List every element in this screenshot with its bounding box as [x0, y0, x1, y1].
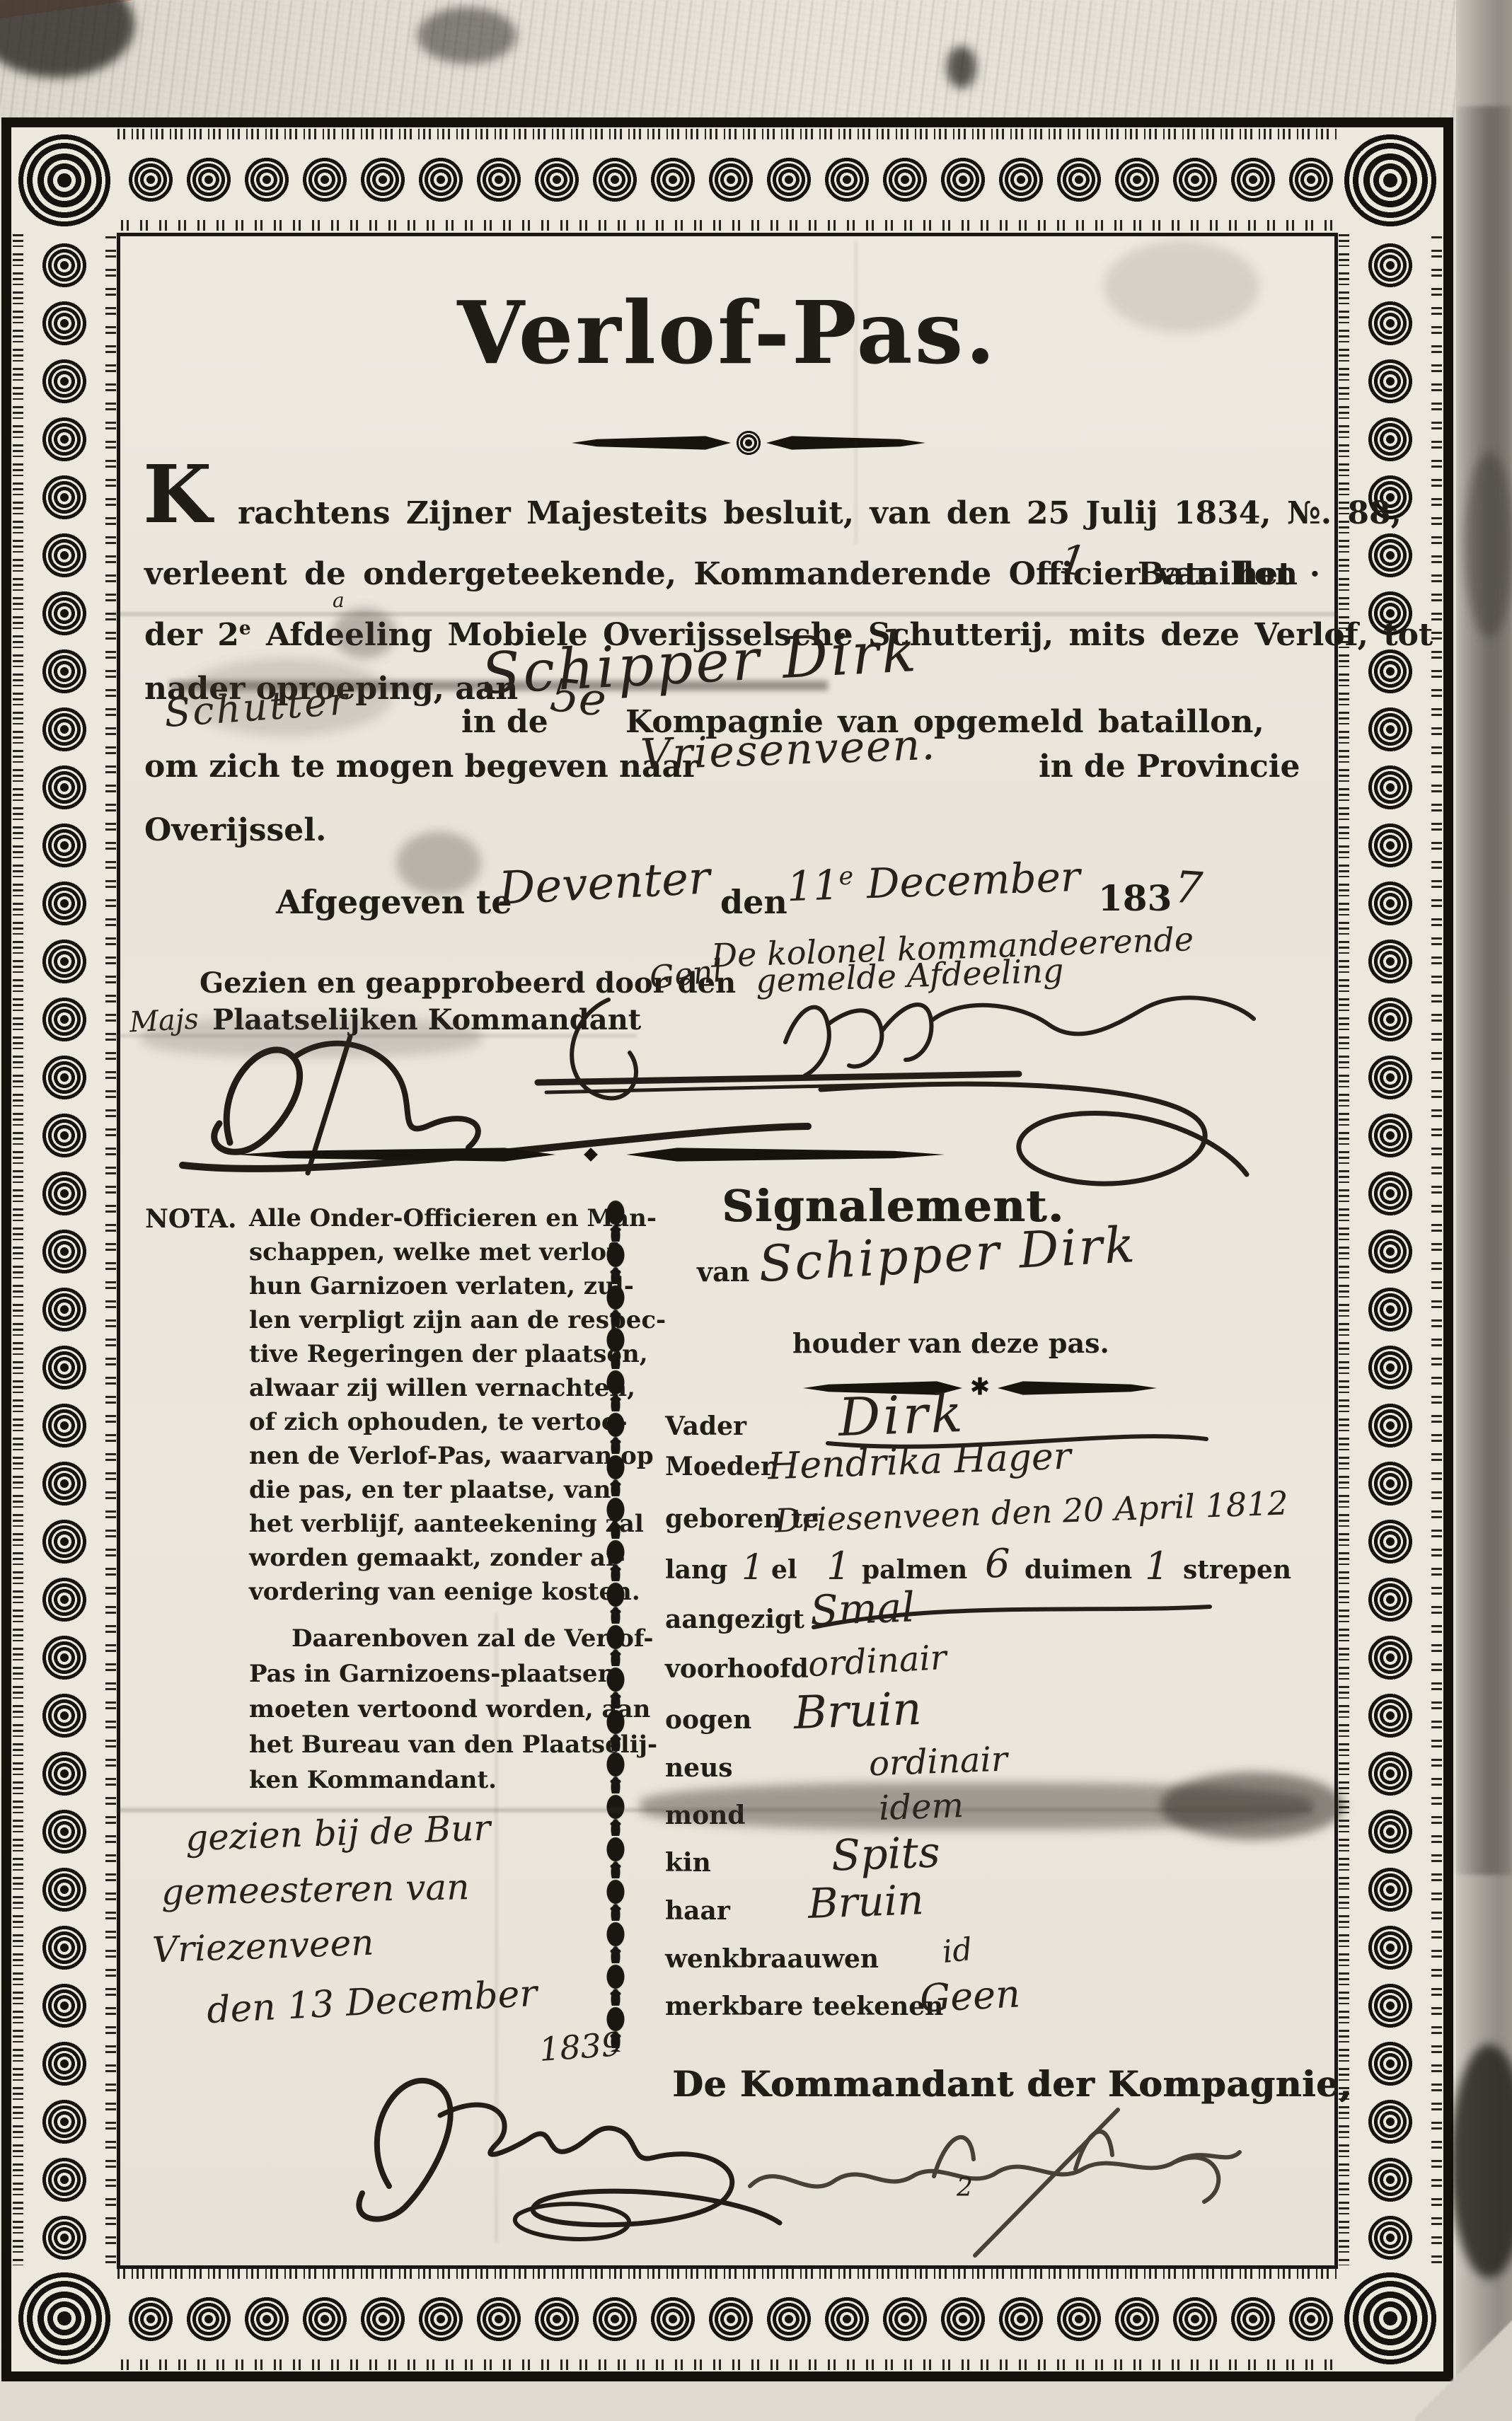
handwritten-year-digit: 7: [1173, 861, 1204, 915]
nota-line: Pas in Garnizoens-plaatsen: [249, 1660, 615, 1688]
title-divider: [572, 436, 925, 450]
page-fold: [1415, 2321, 1512, 2421]
field-label: haar: [665, 1896, 730, 1926]
unit-label: el: [771, 1555, 797, 1585]
signature-kolonel: [524, 975, 1281, 1208]
handwritten-entry: 5e: [548, 669, 608, 727]
nota-line: ken Kommandant.: [249, 1766, 497, 1794]
handwritten-visa-line: gemeesteren van: [161, 1866, 470, 1913]
nota-line: worden gemaakt, zonder af-: [249, 1544, 625, 1572]
ink-blot: [417, 7, 516, 64]
bead-column-divider: [603, 1199, 628, 2052]
nota-line: tive Regeringen der plaatsen,: [249, 1340, 648, 1368]
paper-crease: [113, 613, 1337, 616]
field-label: merkbare teekenen: [665, 1992, 943, 2021]
handwritten-visa-line: Vriezenveen: [151, 1922, 374, 1971]
paper-crease: [855, 241, 857, 545]
divider-diamond-icon: [584, 1148, 598, 1162]
ink-smudge: [1160, 1772, 1344, 1839]
printed-line: rachtens Zijner Majesteits besluit, van …: [238, 495, 1402, 531]
company-commandant-label: De Kommandant der Kompagnie,: [672, 2063, 1238, 2105]
handwritten-issue-date: 11e December: [786, 853, 1081, 911]
ink-blot: [947, 46, 976, 88]
field-label: kin: [665, 1848, 711, 1878]
field-value-handwritten: Bruin: [793, 1683, 923, 1740]
unit-label: palmen: [862, 1555, 967, 1585]
field-value-handwritten: 6: [985, 1541, 1010, 1587]
nota-line: die pas, en ter plaatse, van: [249, 1476, 611, 1504]
rosette-border-right: [1337, 232, 1443, 2267]
field-label: wenkbraauwen: [665, 1944, 879, 1974]
divider-star-icon: ✱: [970, 1373, 991, 1401]
nota-line: Daarenboven zal de Verlof-: [292, 1624, 653, 1653]
signature-company-commandant: [722, 2101, 1266, 2260]
scan-top-speckle: [0, 0, 1512, 120]
field-label: Vader: [665, 1411, 746, 1441]
field-value-handwritten: Spits: [831, 1827, 941, 1880]
nota-line: het verblijf, aanteekening zal: [249, 1510, 644, 1538]
paper-stain: [180, 658, 393, 736]
scan-right-shadow: [1456, 106, 1512, 1875]
nota-line: of zich ophouden, te vertoo-: [249, 1408, 628, 1436]
nota-line: Alle Onder-Officieren en Man-: [249, 1204, 657, 1232]
paper-stain: [142, 1017, 481, 1057]
paper-crease: [495, 1613, 497, 2243]
nota-line: moeten vertoond worden, aan: [249, 1695, 650, 1723]
signalement-van-label: van: [697, 1256, 749, 1288]
paper-stain: [1104, 241, 1259, 333]
field-value-handwritten: Geen: [918, 1971, 1021, 2021]
handwritten-place: Vriesenveen.: [640, 720, 937, 780]
printed-line: in de: [461, 704, 548, 740]
field-value-handwritten: id: [940, 1931, 974, 1970]
nota-line: het Bureau van den Plaatselij-: [249, 1730, 657, 1759]
rosette-border-bottom: [117, 2267, 1339, 2371]
field-label: neus: [665, 1753, 733, 1783]
printed-den: den: [720, 883, 787, 921]
printed-year: 183: [1098, 877, 1172, 919]
field-label: oogen: [665, 1705, 751, 1735]
ink-blot: [1465, 453, 1512, 637]
issued-at-label: Afgegeven te: [276, 883, 512, 921]
pen-flourish: [800, 1595, 1224, 1634]
holder-caption: houder van deze pas.: [792, 1327, 1109, 1359]
field-value-handwritten: ordinair: [868, 1740, 1008, 1784]
nota-label: NOTA.: [145, 1204, 237, 1234]
nota-line: vordering van eenige kosten.: [249, 1578, 640, 1606]
corner-rosette-icon: [11, 127, 117, 233]
field-value-handwritten: 1: [826, 1544, 850, 1588]
nota-line: schappen, welke met verlof: [249, 1238, 617, 1266]
corner-rosette-icon: [1337, 127, 1443, 233]
field-label: voorhoofd: [665, 1654, 809, 1684]
paper-crease: [113, 1034, 637, 1037]
nota-line: nen de Verlof-Pas, waarvan op: [249, 1442, 654, 1470]
signature-divider: [237, 1148, 945, 1162]
printed-line: in de Provincie: [1039, 749, 1300, 785]
printed-line: Overijssel.: [144, 812, 326, 848]
rosette-border-left: [11, 232, 117, 2267]
paper-crease: [117, 1808, 1312, 1812]
nota-line: alwaar zij willen vernachten,: [249, 1374, 635, 1402]
paper-stain: [396, 831, 481, 895]
rosette-border-top: [117, 127, 1339, 232]
dropcap: K: [143, 460, 212, 531]
handwritten-issue-place: Deventer: [497, 852, 711, 915]
field-label: aangezigt: [665, 1605, 804, 1634]
paper-stain: [333, 608, 396, 658]
field-value-handwritten: Bruin: [807, 1876, 925, 1928]
corner-rosette-icon: [11, 2265, 117, 2371]
divider-medallion-icon: [735, 429, 762, 456]
field-value-handwritten: 1: [741, 1547, 764, 1588]
field-value-handwritten: 1: [1145, 1544, 1169, 1588]
field-value-handwritten: ordinair: [807, 1638, 947, 1685]
field-label: lang: [665, 1555, 727, 1585]
printed-line: om zich te mogen begeven naar: [144, 749, 698, 785]
field-label: Moeder: [665, 1452, 774, 1481]
unit-label: duimen: [1025, 1555, 1132, 1585]
scanned-verlof-pas-document: Verlof-Pas. K rachtens Zijner Majesteits…: [0, 0, 1512, 2421]
nota-line: hun Garnizoen verlaten, zul-: [249, 1272, 634, 1300]
handwritten-insertion: a: [333, 589, 345, 612]
handwritten-note: 2: [957, 2173, 973, 2202]
printed-line: Bataillon: [1138, 556, 1298, 592]
unit-label: strepen: [1183, 1555, 1291, 1585]
